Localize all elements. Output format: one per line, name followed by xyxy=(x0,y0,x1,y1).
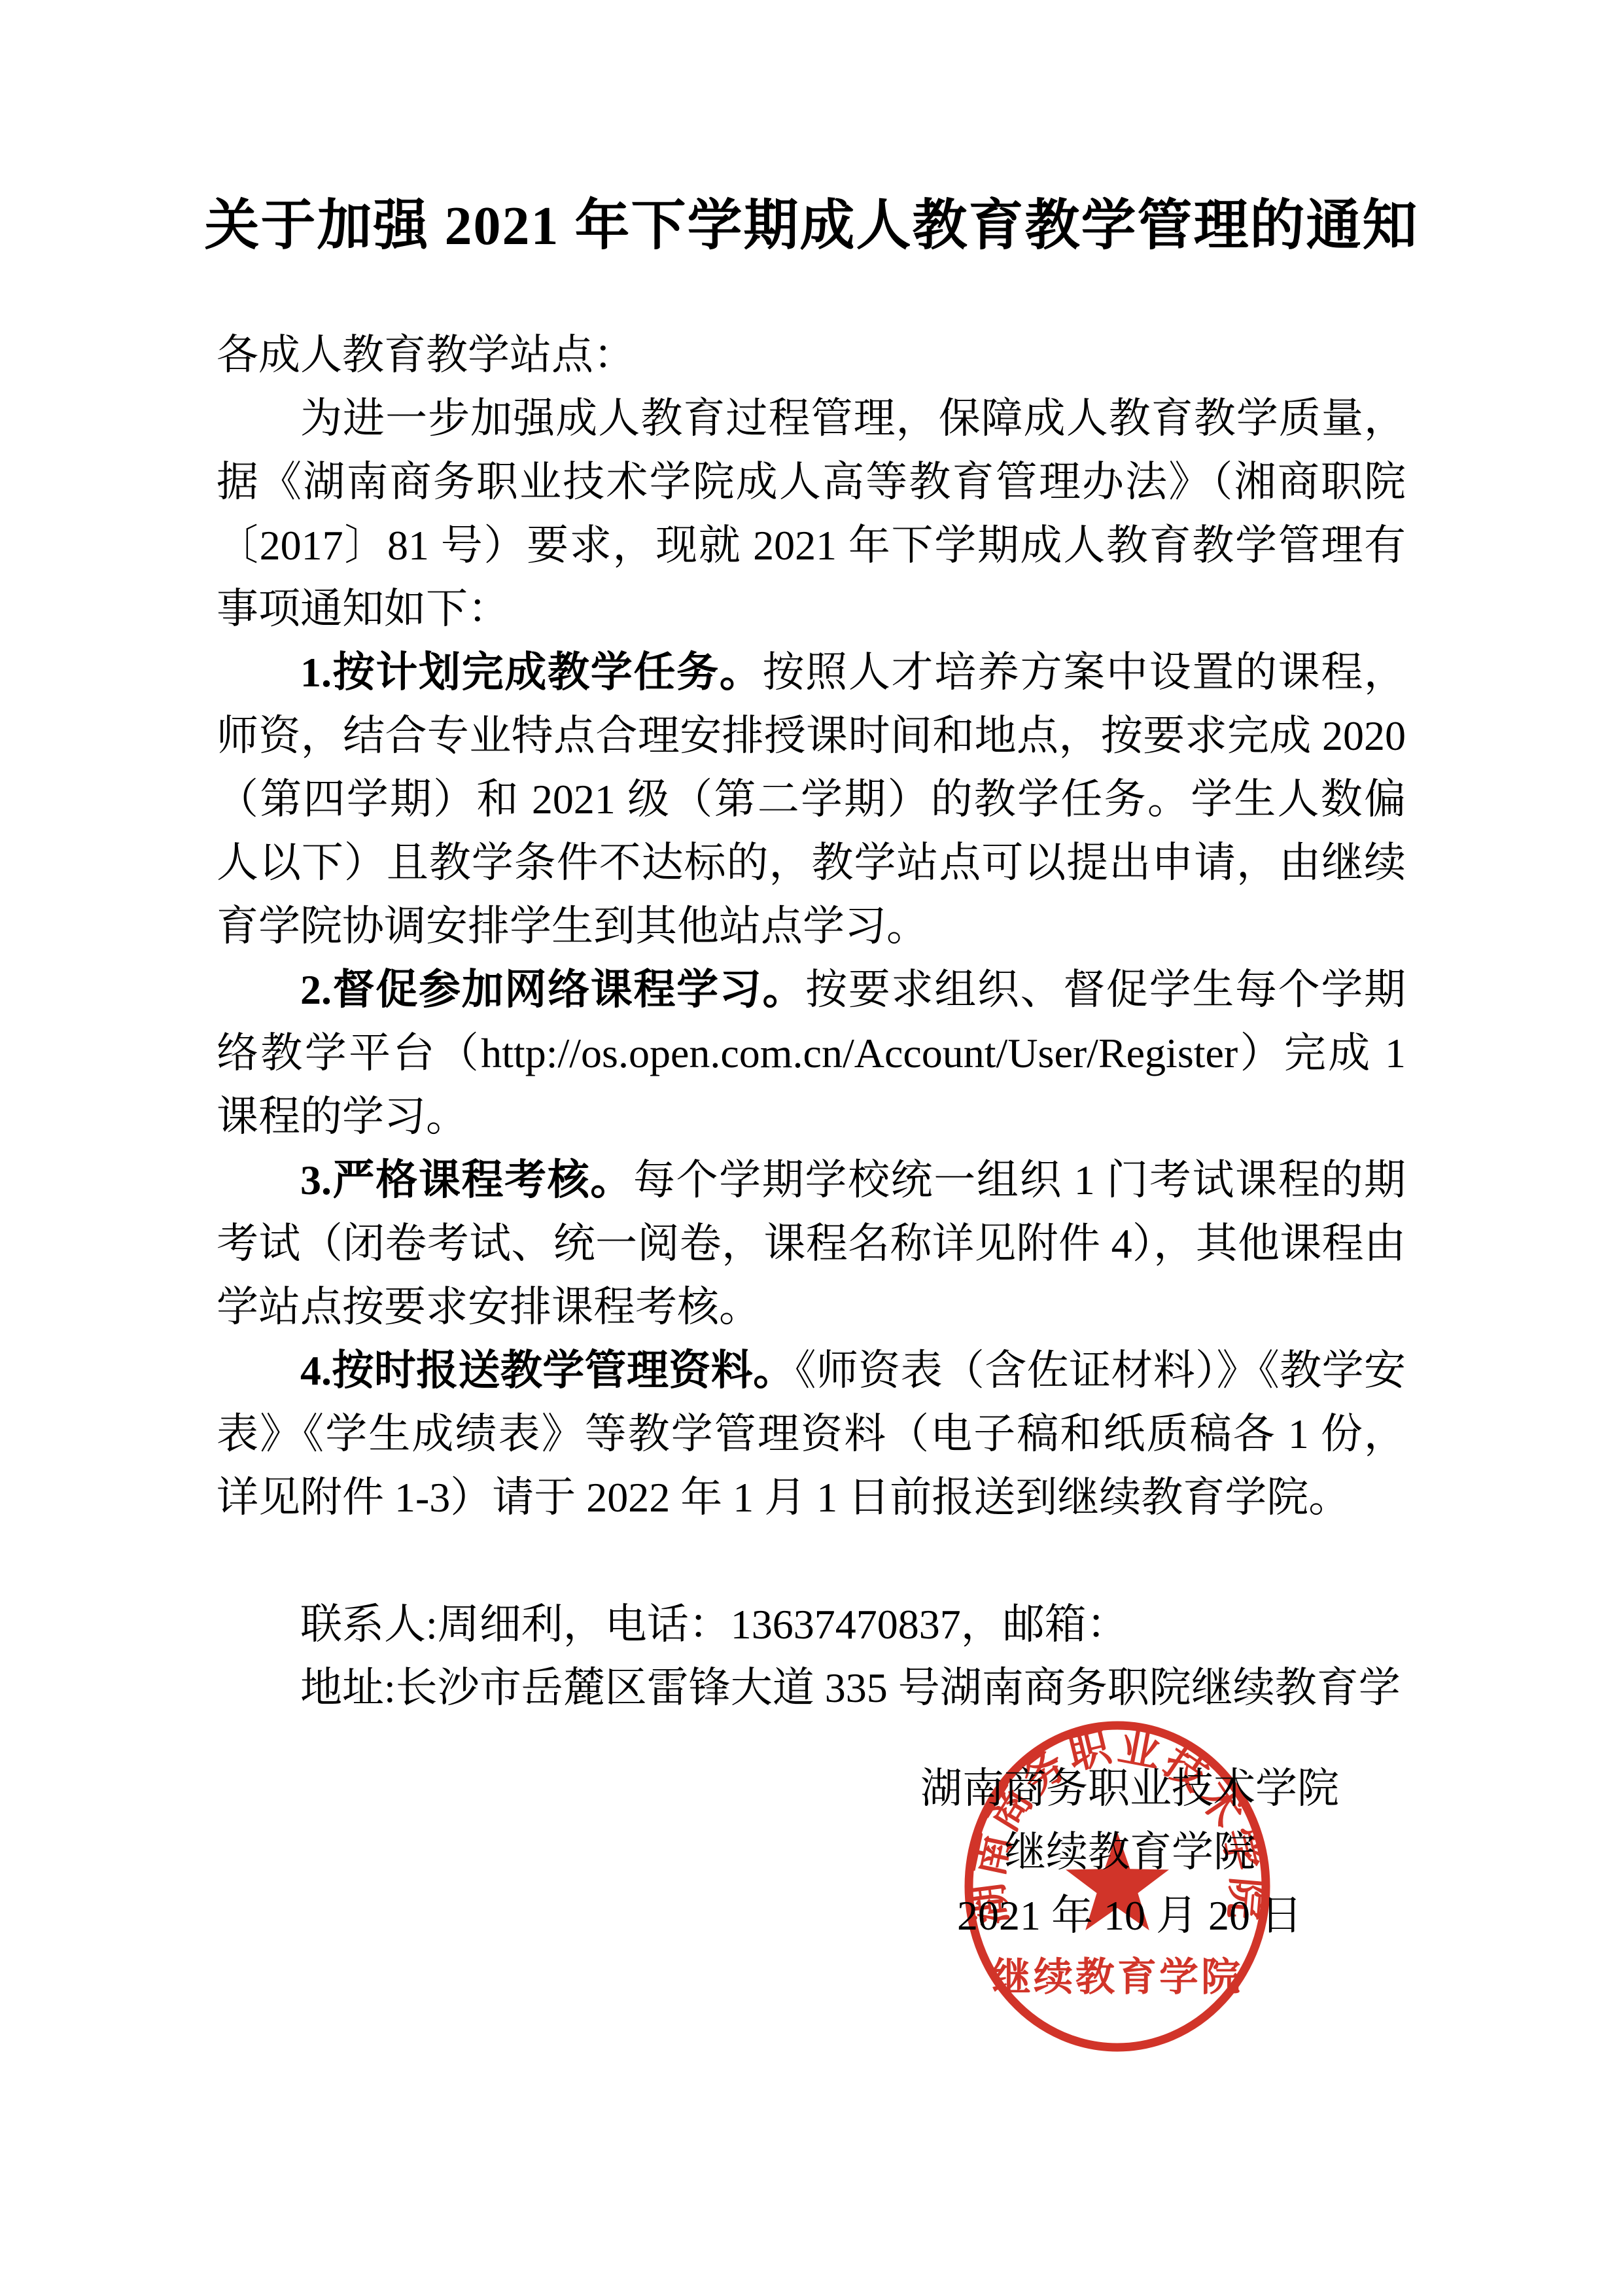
signature-date: 2021 年 10 月 20 日 xyxy=(803,1884,1457,1947)
body-line: 详见附件 1-3）请于 2022 年 1 月 1 日前报送到继续教育学院。 xyxy=(217,1466,1406,1529)
body-line: 络教学平台（http://os.open.com.cn/Account/User… xyxy=(217,1021,1406,1085)
blank-line xyxy=(217,1529,1406,1593)
body-line: 学站点按要求安排课程考核。 xyxy=(217,1275,1406,1339)
document-title: 关于加强 2021 年下学期成人教育教学管理的通知 xyxy=(0,196,1623,256)
body-line: （第四学期）和 2021 级（第二学期）的教学任务。学生人数偏少（20 xyxy=(217,768,1406,831)
body-line-item-4: 4.按时报送教学管理资料。《师资表（含佐证材料）》《教学安排 xyxy=(217,1339,1406,1402)
body-line: 考试（闭卷考试、统一阅卷，课程名称详见附件 4），其他课程由教 xyxy=(217,1212,1406,1275)
body-line: 表》《学生成绩表》等教学管理资料（电子稿和纸质稿各 1 份，模版 xyxy=(217,1402,1406,1466)
document-body: 各成人教育教学站点： 为进一步加强成人教育过程管理，保障成人教育教学质量，根 据… xyxy=(217,323,1406,1720)
document-page: 湖南商务职业技术学院 继续教育学院 关于加强 2021 年下学期成人教育教学管理… xyxy=(0,0,1623,2296)
body-line: 为进一步加强成人教育过程管理，保障成人教育教学质量，根 xyxy=(217,387,1406,450)
contact-line: 联系人:周细利，电话：13637470837，邮箱：695439170@qq.c… xyxy=(217,1593,1406,1656)
body-line: 师资，结合专业特点合理安排授课时间和地点，按要求完成 2020 级 xyxy=(217,704,1406,768)
contact-info: 联系人:周细利，电话：13637470837，邮箱： xyxy=(300,1601,1128,1648)
signature-block: 湖南商务职业技术学院 继续教育学院 2021 年 10 月 20 日 xyxy=(803,1757,1457,1947)
body-line: 育学院协调安排学生到其他站点学习。 xyxy=(217,894,1406,958)
body-line: 据《湖南商务职业技术学院成人高等教育管理办法》（湘商职院发 xyxy=(217,450,1406,514)
address-line: 地址:长沙市岳麓区雷锋大道 335 号湖南商务职院继续教育学院 xyxy=(217,1656,1406,1720)
body-line: 〔2017〕81 号）要求，现就 2021 年下学期成人教育教学管理有关 xyxy=(217,514,1406,577)
body-line-item-2: 2.督促参加网络课程学习。按要求组织、督促学生每个学期在网 xyxy=(217,958,1406,1021)
contact-address: 地址:长沙市岳麓区雷锋大道 335 号湖南商务职院继续教育学院 xyxy=(217,1665,1401,1720)
body-line-salutation: 各成人教育教学站点： xyxy=(217,323,1406,387)
body-line: 事项通知如下： xyxy=(217,577,1406,641)
seal-bottom-text: 继续教育学院 xyxy=(992,1955,1243,1999)
body-line-item-3: 3.严格课程考核。每个学期学校统一组织 1 门考试课程的期末 xyxy=(217,1148,1406,1212)
signature-org-line1: 湖南商务职业技术学院 xyxy=(803,1757,1457,1820)
signature-org-line2: 继续教育学院 xyxy=(803,1820,1457,1884)
body-line: 人以下）且教学条件不达标的，教学站点可以提出申请，由继续教 xyxy=(217,831,1406,894)
body-line: 课程的学习。 xyxy=(217,1085,1406,1148)
body-line-item-1: 1.按计划完成教学任务。按照人才培养方案中设置的课程，聘请 xyxy=(217,641,1406,704)
